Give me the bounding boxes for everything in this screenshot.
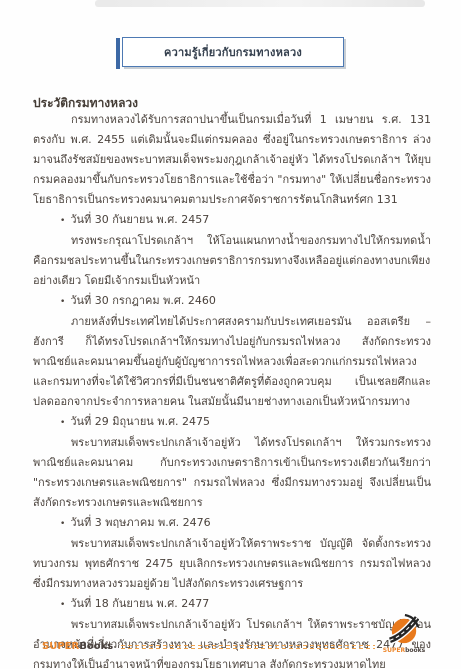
bullet-item: •วันที่ 3 พฤษภาคม พ.ศ. 2476	[33, 513, 431, 534]
superbooks-logo-icon	[389, 614, 419, 646]
footer-brand-right: SUPERbooks	[383, 647, 425, 654]
bullet-item: •วันที่ 30 กันยายน พ.ศ. 2457	[33, 210, 431, 231]
title-box: ความรู้เกี่ยวกับกรมทางหลวง	[122, 37, 344, 67]
bullet-text: วันที่ 18 กันยายน พ.ศ. 2477	[70, 597, 209, 610]
bullet-text: วันที่ 3 พฤษภาคม พ.ศ. 2476	[70, 516, 210, 529]
paragraph: พระบาทสมเด็จพระปกเกล้าเจ้าอยู่หัว ได้ทรง…	[33, 433, 431, 513]
brand-super-text: SUPER	[42, 641, 79, 652]
bullet-marker: •	[60, 600, 65, 610]
paragraph: พระบาทสมเด็จพระปกเกล้าเจ้าอยู่หัวให้ตราพ…	[33, 534, 431, 594]
bullet-item: •วันที่ 30 กรกฎาคม พ.ศ. 2460	[33, 291, 431, 312]
bullet-text: วันที่ 29 มิถุนายน พ.ศ. 2475	[70, 415, 210, 428]
bullet-text: วันที่ 30 กันยายน พ.ศ. 2457	[70, 213, 209, 226]
paragraph: กรมทางหลวงได้รับการสถาปนาขึ้นเป็นกรมเมื่…	[33, 110, 431, 210]
bullet-marker: •	[60, 418, 65, 428]
body-text: กรมทางหลวงได้รับการสถาปนาขึ้นเป็นกรมเมื่…	[33, 110, 431, 669]
bullet-marker: •	[60, 216, 65, 226]
paragraph: ทรงพระกรุณาโปรดเกล้าฯ ให้โอนแผนกทางน้ำขอ…	[33, 231, 431, 291]
scan-artifact	[95, 0, 425, 7]
bullet-text: วันที่ 30 กรกฎาคม พ.ศ. 2460	[70, 294, 216, 307]
footer-brand-left: SUPERBooks	[42, 641, 113, 654]
footer-logo-block: SUPERbooks	[381, 614, 427, 654]
bullet-marker: •	[60, 519, 65, 529]
footer-divider-dashes	[121, 645, 375, 649]
document-title: ความรู้เกี่ยวกับกรมทางหลวง	[164, 43, 302, 61]
bullet-item: •วันที่ 18 กันยายน พ.ศ. 2477	[33, 594, 431, 615]
bullet-item: •วันที่ 29 มิถุนายน พ.ศ. 2475	[33, 412, 431, 433]
paragraph: ภายหลังที่ประเทศไทยได้ประกาศสงครามกับประ…	[33, 312, 431, 412]
page-footer: SUPERBooks SUPERbooks	[42, 614, 427, 654]
bullet-marker: •	[60, 297, 65, 307]
brand-super-text: SUPER	[383, 647, 405, 654]
title-accent-bar	[116, 38, 120, 69]
brand-books-text: Books	[79, 641, 113, 652]
brand-books-text: books	[405, 647, 425, 654]
